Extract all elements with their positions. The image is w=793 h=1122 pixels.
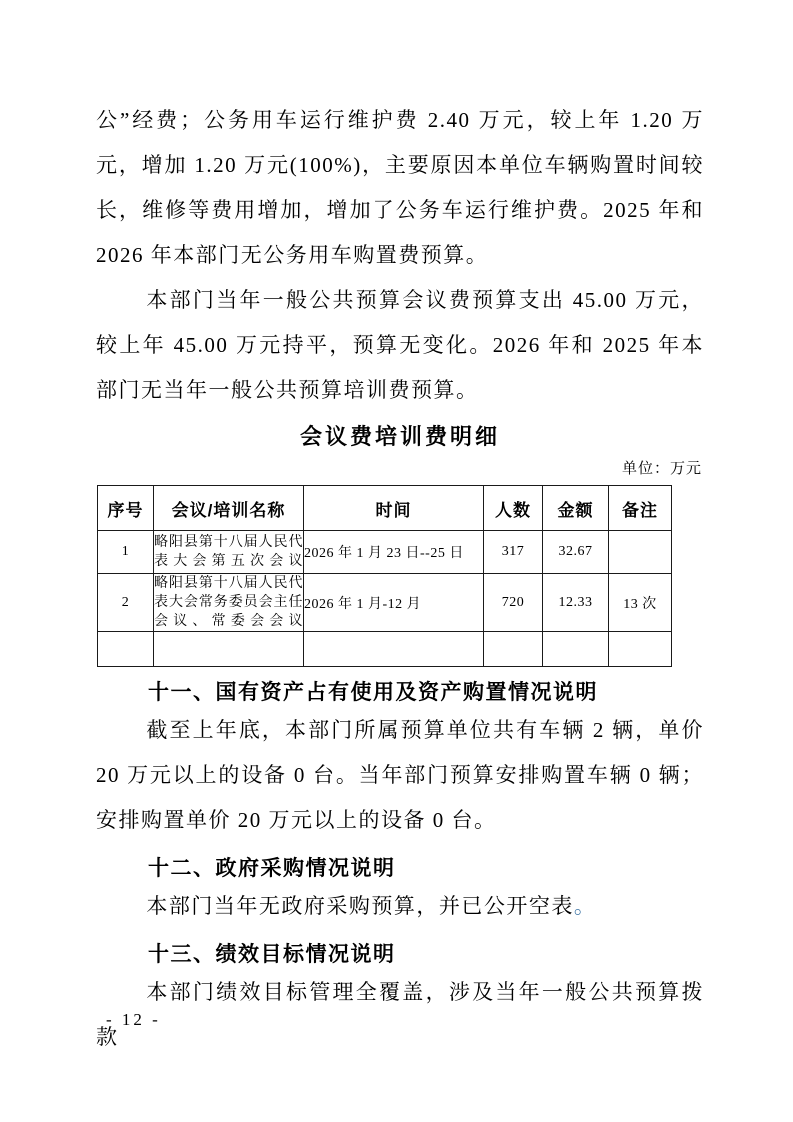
cell-people: 317	[484, 531, 543, 574]
cell-seq: 2	[98, 574, 154, 632]
cell-note: 13 次	[609, 574, 672, 632]
paragraph-meeting-fee-budget: 本部门当年一般公共预算会议费预算支出 45.00 万元，较上年 45.00 万元…	[96, 278, 704, 413]
cell-seq: 1	[98, 531, 154, 574]
header-amount: 金额	[543, 486, 609, 531]
table-header-row: 序号 会议/培训名称 时间 人数 金额 备注	[98, 486, 672, 531]
table-row: 2 略阳县第十八届人民代表大会常务委员会主任会议、常委会会议 2026 年 1 …	[98, 574, 672, 632]
section-heading-11: 十一、国有资产占有使用及资产购置情况说明	[148, 678, 704, 708]
cell-seq	[98, 632, 154, 667]
cell-people: 720	[484, 574, 543, 632]
section-body-11: 截至上年底，本部门所属预算单位共有车辆 2 辆，单价 20 万元以上的设备 0 …	[96, 708, 704, 843]
table-row-empty	[98, 632, 672, 667]
header-name: 会议/培训名称	[154, 486, 304, 531]
header-people: 人数	[484, 486, 543, 531]
cell-note	[609, 632, 672, 667]
unit-label: 单位：万元	[96, 459, 702, 479]
cell-time: 2026 年 1 月 23 日--25 日	[304, 531, 484, 574]
meeting-training-fee-table: 序号 会议/培训名称 时间 人数 金额 备注 1 略阳县第十八届人民代表大会第五…	[97, 485, 672, 667]
section-heading-13: 十三、绩效目标情况说明	[148, 940, 704, 970]
cell-name: 略阳县第十八届人民代表大会常务委员会主任会议、常委会会议	[154, 574, 304, 632]
cell-amount: 12.33	[543, 574, 609, 632]
header-time: 时间	[304, 486, 484, 531]
cell-note	[609, 531, 672, 574]
section-body-12-text: 本部门当年无政府采购预算，并已公开空表	[146, 894, 574, 918]
cell-amount	[543, 632, 609, 667]
section-body-13: 本部门绩效目标管理全覆盖，涉及当年一般公共预算拨款	[96, 970, 704, 1060]
section-body-12: 本部门当年无政府采购预算，并已公开空表。	[96, 884, 704, 929]
cell-time: 2026 年 1 月-12 月	[304, 574, 484, 632]
cell-name: 略阳县第十八届人民代表大会第五次会议	[154, 531, 304, 574]
header-note: 备注	[609, 486, 672, 531]
page-number: - 12 -	[106, 1010, 161, 1030]
cell-time	[304, 632, 484, 667]
cell-name	[154, 632, 304, 667]
section-heading-12: 十二、政府采购情况说明	[148, 854, 704, 884]
table-row: 1 略阳县第十八届人民代表大会第五次会议 2026 年 1 月 23 日--25…	[98, 531, 672, 574]
header-seq: 序号	[98, 486, 154, 531]
page-content: 公”经费；公务用车运行维护费 2.40 万元，较上年 1.20 万元，增加 1.…	[96, 98, 704, 1060]
paragraph-vehicle-maintenance: 公”经费；公务用车运行维护费 2.40 万元，较上年 1.20 万元，增加 1.…	[96, 98, 704, 278]
cell-people	[484, 632, 543, 667]
table-title: 会议费培训费明细	[96, 421, 704, 453]
cell-amount: 32.67	[543, 531, 609, 574]
section-body-12-period: 。	[574, 894, 597, 918]
document-page: 公”经费；公务用车运行维护费 2.40 万元，较上年 1.20 万元，增加 1.…	[0, 0, 793, 1122]
